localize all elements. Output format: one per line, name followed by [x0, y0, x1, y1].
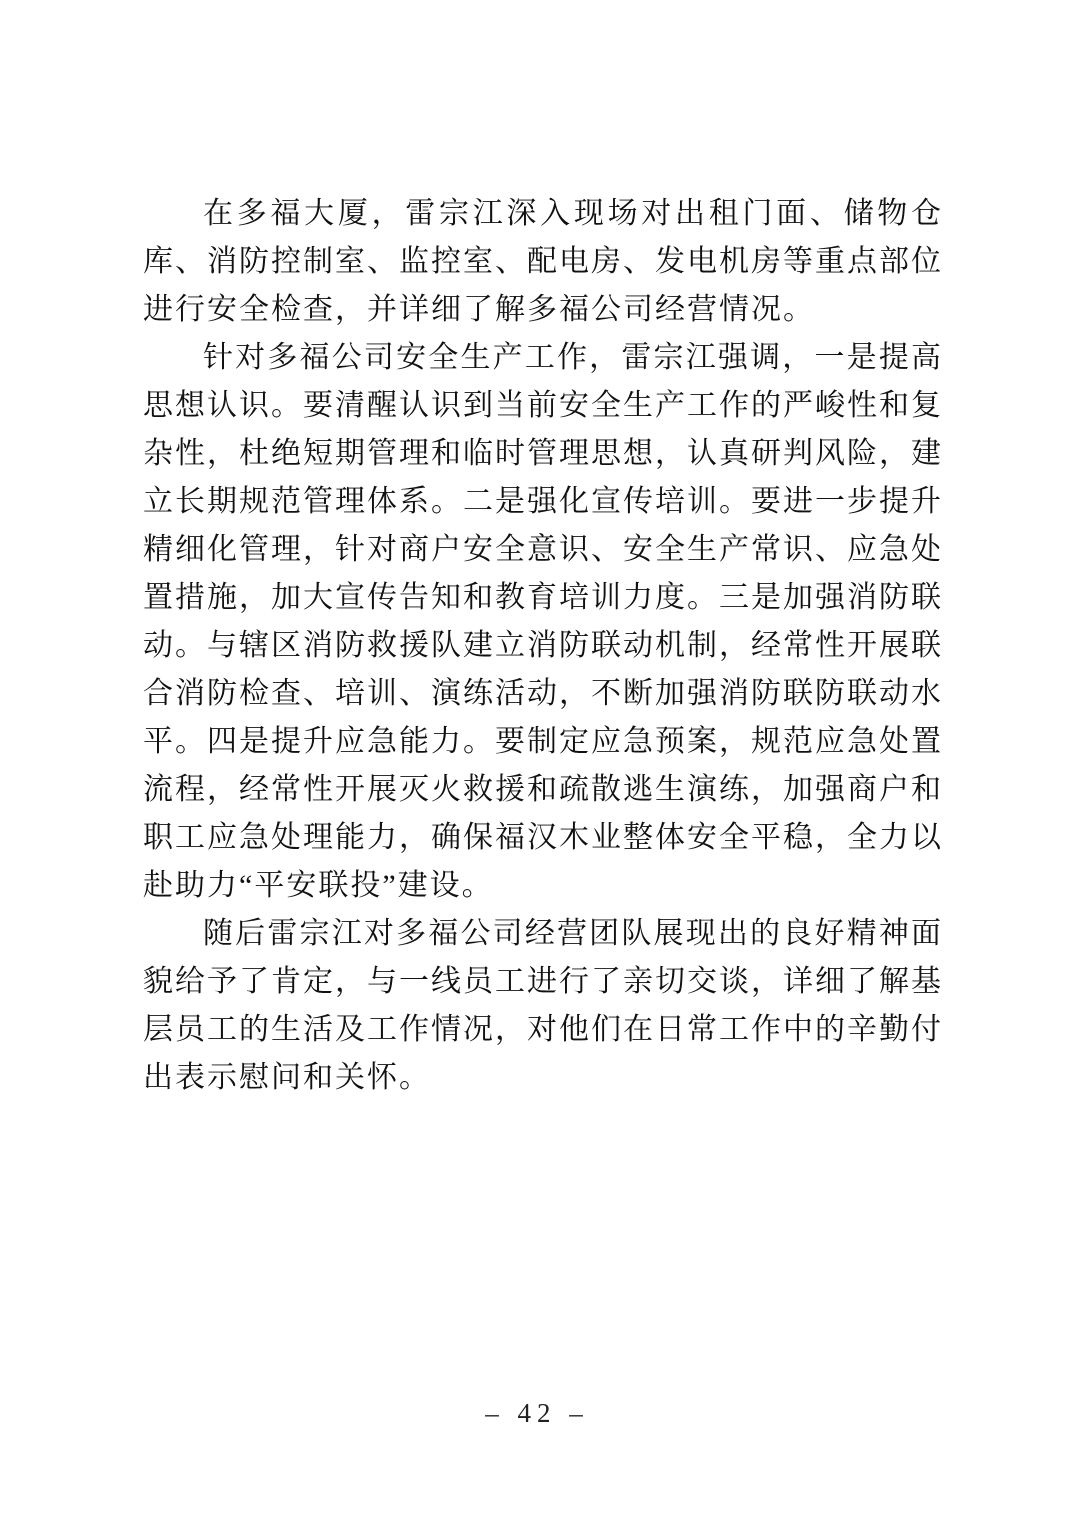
- paragraph-staff-greetings: 随后雷宗江对多福公司经营团队展现出的良好精神面貌给予了肯定，与一线员工进行了亲切…: [143, 910, 943, 1102]
- paragraph-safety-requirements: 针对多福公司安全生产工作，雷宗江强调，一是提高思想认识。要清醒认识到当前安全生产…: [143, 334, 943, 910]
- page-number: – 42 –: [0, 1398, 1074, 1429]
- document-page: 在多福大厦，雷宗江深入现场对出租门面、储物仓库、消防控制室、监控室、配电房、发电…: [0, 0, 1074, 1520]
- document-body: 在多福大厦，雷宗江深入现场对出租门面、储物仓库、消防控制室、监控室、配电房、发电…: [143, 190, 943, 1102]
- paragraph-site-inspection: 在多福大厦，雷宗江深入现场对出租门面、储物仓库、消防控制室、监控室、配电房、发电…: [143, 190, 943, 334]
